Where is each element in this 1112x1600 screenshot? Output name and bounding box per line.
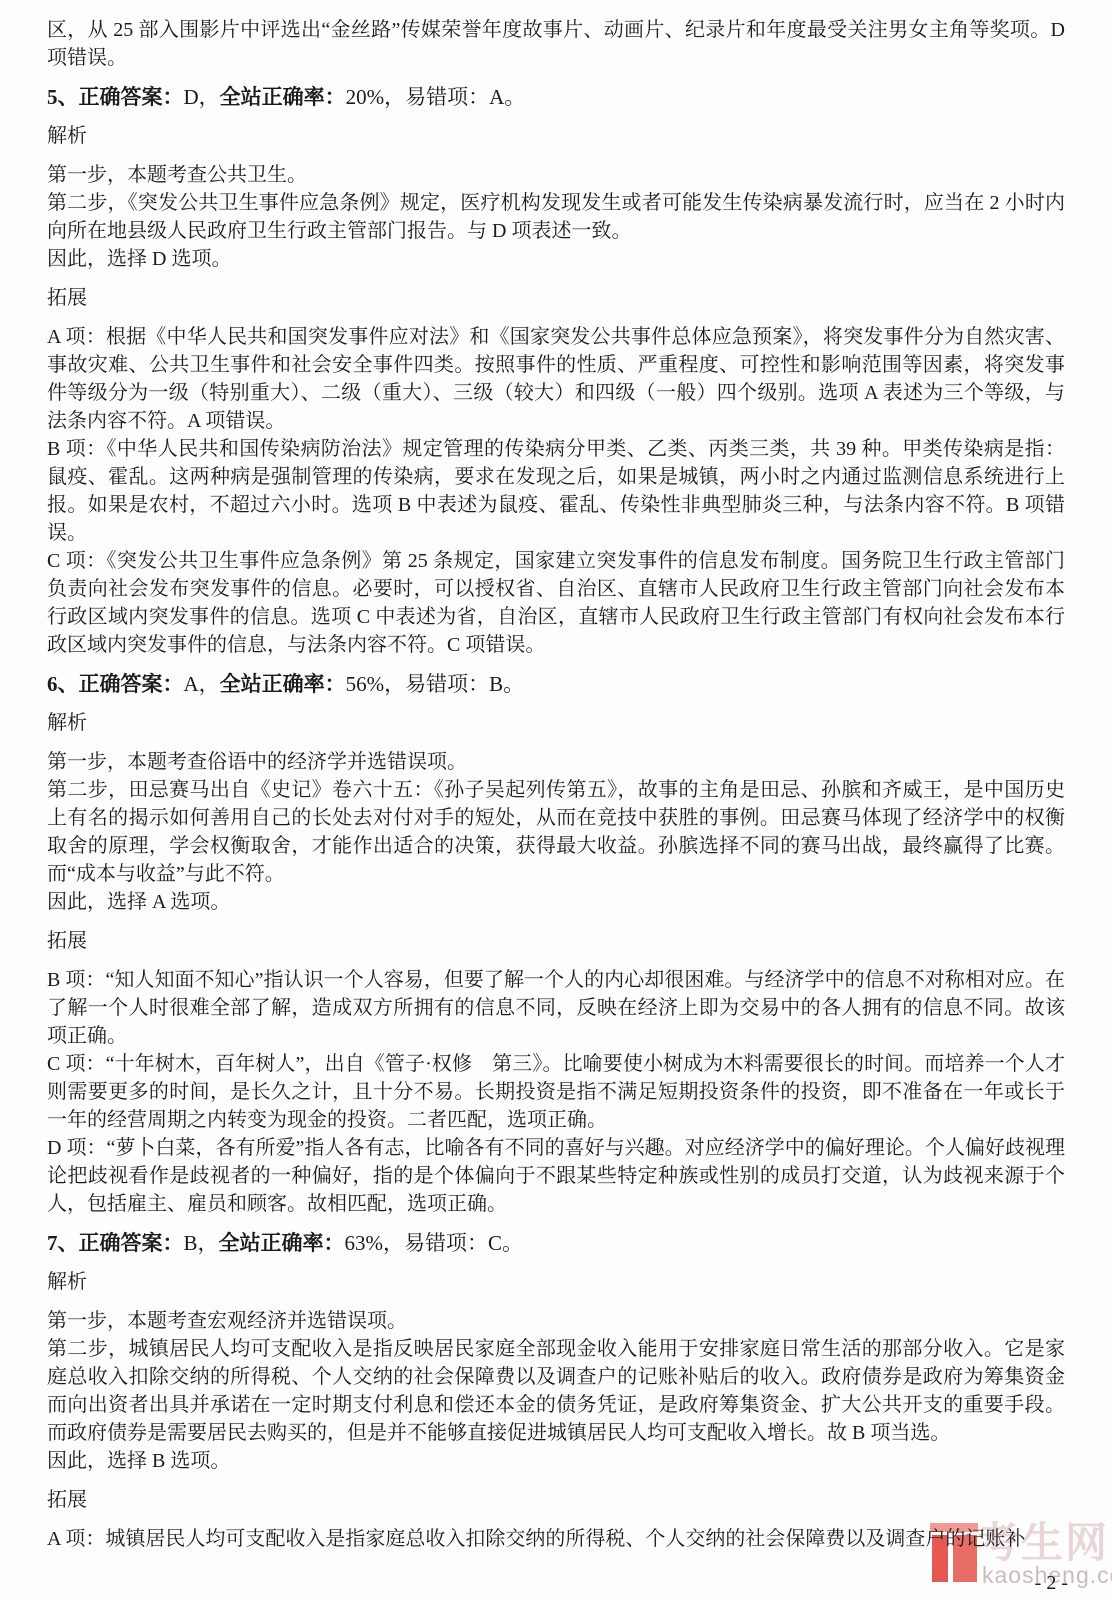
section-label: 解析 — [47, 1268, 1065, 1296]
answer-field-label: 全站正确率： — [220, 85, 346, 109]
paragraph: 第一步，本题考查宏观经济并选错误项。 — [47, 1307, 1065, 1335]
answer-summary-line: 7、正确答案：B，全站正确率：63%，易错项：C。 — [47, 1229, 1065, 1257]
paragraph: 第二步，《突发公共卫生事件应急条例》规定，医疗机构发现发生或者可能发生传染病暴发… — [47, 189, 1065, 245]
section-label: 拓展 — [47, 927, 1065, 955]
answer-field-value: 20%，易错项：A。 — [346, 85, 526, 109]
paragraph: B 项：《中华人民共和国传染病防治法》规定管理的传染病分甲类、乙类、丙类三类，共… — [47, 435, 1065, 547]
answer-field-label: 全站正确率： — [220, 672, 346, 696]
document-page: 区，从 25 部入围影片中评选出“金丝路”传媒荣誉年度故事片、动画片、纪录片和年… — [0, 0, 1112, 1553]
answer-summary-line: 6、正确答案：A，全站正确率：56%，易错项：B。 — [47, 670, 1065, 698]
answer-field-value: 63%，易错项：C。 — [345, 1231, 524, 1255]
answer-field-label: 5、正确答案： — [47, 85, 184, 109]
paragraph: B 项：“知人知面不知心”指认识一个人容易，但要了解一个人的内心却很困难。与经济… — [47, 966, 1065, 1050]
answer-field-label: 6、正确答案： — [47, 672, 184, 696]
paragraph: C 项：“十年树木，百年树人”，出自《管子·权修 第三》。比喻要使小树成为木料需… — [47, 1050, 1065, 1134]
answer-field-value: A， — [184, 672, 220, 696]
paragraph: 第二步，田忌赛马出自《史记》卷六十五：《孙子吴起列传第五》，故事的主角是田忌、孙… — [47, 776, 1065, 888]
section-label: 拓展 — [47, 284, 1065, 312]
section-label: 解析 — [47, 122, 1065, 150]
section-label: 拓展 — [47, 1486, 1065, 1514]
paragraph: 因此，选择 D 选项。 — [47, 245, 1065, 273]
paragraph: 第一步，本题考查公共卫生。 — [47, 161, 1065, 189]
section-label: 解析 — [47, 709, 1065, 737]
paragraph: 因此，选择 A 选项。 — [47, 888, 1065, 916]
paragraph: A 项：城镇居民人均可支配收入是指家庭总收入扣除交纳的所得税、个人交纳的社会保障… — [47, 1525, 1065, 1553]
answer-field-value: 56%，易错项：B。 — [346, 672, 525, 696]
paragraph: D 项：“萝卜白菜，各有所爱”指人各有志，比喻各有不同的喜好与兴趣。对应经济学中… — [47, 1134, 1065, 1218]
page-number: - 2 - — [1035, 1570, 1068, 1596]
paragraph: 第一步，本题考查俗语中的经济学并选错误项。 — [47, 748, 1065, 776]
answer-field-value: B， — [184, 1231, 219, 1255]
paragraph: 第二步，城镇居民人均可支配收入是指反映居民家庭全部现金收入能用于安排家庭日常生活… — [47, 1335, 1065, 1447]
paragraph: A 项：根据《中华人民共和国突发事件应对法》和《国家突发公共事件总体应急预案》，… — [47, 323, 1065, 435]
paragraph: C 项：《突发公共卫生事件应急条例》第 25 条规定，国家建立突发事件的信息发布… — [47, 547, 1065, 659]
paragraph: 因此，选择 B 选项。 — [47, 1447, 1065, 1475]
document-content: 区，从 25 部入围影片中评选出“金丝路”传媒荣誉年度故事片、动画片、纪录片和年… — [0, 0, 1112, 1553]
answer-summary-line: 5、正确答案：D，全站正确率：20%，易错项：A。 — [47, 83, 1065, 111]
answer-field-label: 7、正确答案： — [47, 1231, 184, 1255]
answer-field-label: 全站正确率： — [219, 1231, 345, 1255]
answer-field-value: D， — [184, 85, 220, 109]
paragraph: 区，从 25 部入围影片中评选出“金丝路”传媒荣誉年度故事片、动画片、纪录片和年… — [47, 16, 1065, 72]
